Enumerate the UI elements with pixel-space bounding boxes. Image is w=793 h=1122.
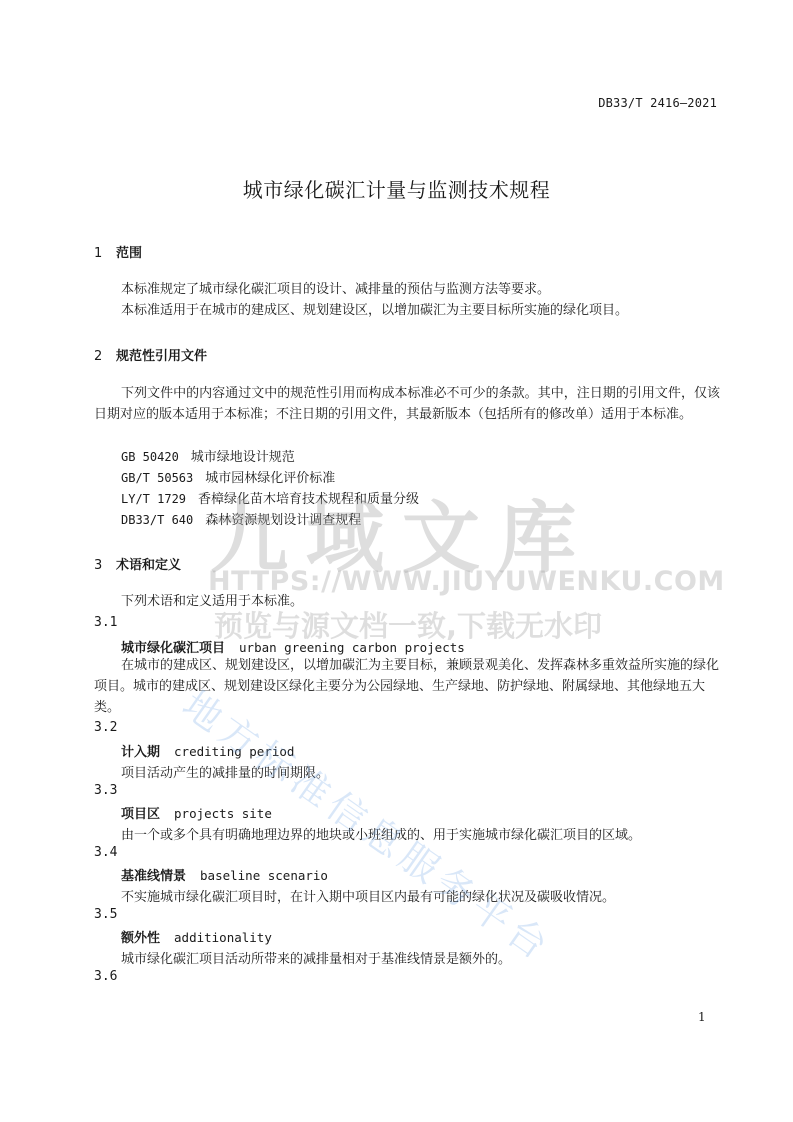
clause-number: 3.5 (94, 907, 117, 922)
document-title: 城市绿化碳汇计量与监测技术规程 (0, 174, 793, 203)
reference-title: 香樟绿化苗木培育技术规程和质量分级 (198, 492, 419, 507)
term-definition: 在城市的建成区、规划建设区，以增加碳汇为主要目标，兼顾景观美化、发挥森林多重效益… (94, 655, 720, 718)
term-english: crediting period (174, 744, 294, 759)
page-number: 1 (698, 1010, 706, 1024)
clause-number: 3.3 (94, 783, 117, 798)
reference-code: DB33/T 640 (121, 513, 193, 527)
section-title: 术语和定义 (116, 558, 181, 573)
term-entry: 城市绿化碳汇项目urban greening carbon projects (121, 637, 465, 656)
clause-number: 3.2 (94, 720, 117, 735)
section-number: 3 (94, 558, 116, 573)
term-chinese: 城市绿化碳汇项目 (121, 641, 225, 656)
term-english: projects site (174, 806, 272, 821)
section-2-heading: 2规范性引用文件 (94, 345, 207, 364)
term-english: additionality (174, 930, 272, 945)
term-definition: 城市绿化碳汇项目活动所带来的减排量相对于基准线情景是额外的。 (121, 948, 511, 967)
section-2-paragraph: 下列文件中的内容通过文中的规范性引用而构成本标准必不可少的条款。其中，注日期的引… (94, 383, 720, 425)
term-entry: 基准线情景baseline scenario (121, 865, 328, 884)
reference-title: 城市绿地设计规范 (191, 450, 295, 465)
reference-code: GB 50420 (121, 450, 179, 464)
clause-number: 3.4 (94, 845, 117, 860)
reference-item: LY/T 1729香樟绿化苗木培育技术规程和质量分级 (121, 488, 419, 507)
document-page: DB33/T 2416—2021 城市绿化碳汇计量与监测技术规程 1范围 本标准… (0, 0, 793, 1122)
reference-item: DB33/T 640森林资源规划设计调查规程 (121, 509, 361, 528)
term-definition: 项目活动产生的减排量的时间期限。 (121, 762, 329, 781)
term-chinese: 额外性 (121, 931, 160, 946)
term-chinese: 项目区 (121, 807, 160, 822)
section-3-heading: 3术语和定义 (94, 554, 181, 573)
term-entry: 计入期crediting period (121, 741, 294, 760)
term-english: baseline scenario (200, 868, 328, 883)
section-1-paragraph-1: 本标准规定了城市绿化碳汇项目的设计、减排量的预估与监测方法等要求。 (94, 279, 720, 300)
section-3-intro: 下列术语和定义适用于本标准。 (94, 591, 720, 612)
term-entry: 额外性additionality (121, 927, 272, 946)
term-definition: 由一个或多个具有明确地理边界的地块或小班组成的、用于实施城市绿化碳汇项目的区域。 (121, 824, 641, 843)
reference-title: 森林资源规划设计调查规程 (205, 513, 361, 528)
clause-number: 3.6 (94, 969, 117, 984)
reference-item: GB 50420城市绿地设计规范 (121, 446, 295, 465)
term-entry: 项目区projects site (121, 803, 272, 822)
term-chinese: 计入期 (121, 745, 160, 760)
reference-item: GB/T 50563城市园林绿化评价标准 (121, 467, 335, 486)
term-chinese: 基准线情景 (121, 869, 186, 884)
section-title: 范围 (116, 246, 142, 261)
reference-title: 城市园林绿化评价标准 (205, 471, 335, 486)
section-1-paragraph-2: 本标准适用于在城市的建成区、规划建设区，以增加碳汇为主要目标所实施的绿化项目。 (94, 300, 720, 321)
section-number: 2 (94, 349, 116, 364)
reference-code: GB/T 50563 (121, 471, 193, 485)
section-number: 1 (94, 246, 116, 261)
section-1-heading: 1范围 (94, 242, 142, 261)
standard-code: DB33/T 2416—2021 (598, 96, 717, 110)
reference-code: LY/T 1729 (121, 492, 186, 506)
term-english: urban greening carbon projects (239, 640, 465, 655)
term-definition: 不实施城市绿化碳汇项目时，在计入期中项目区内最有可能的绿化状况及碳吸收情况。 (121, 886, 615, 905)
section-title: 规范性引用文件 (116, 349, 207, 364)
clause-number: 3.1 (94, 615, 117, 630)
